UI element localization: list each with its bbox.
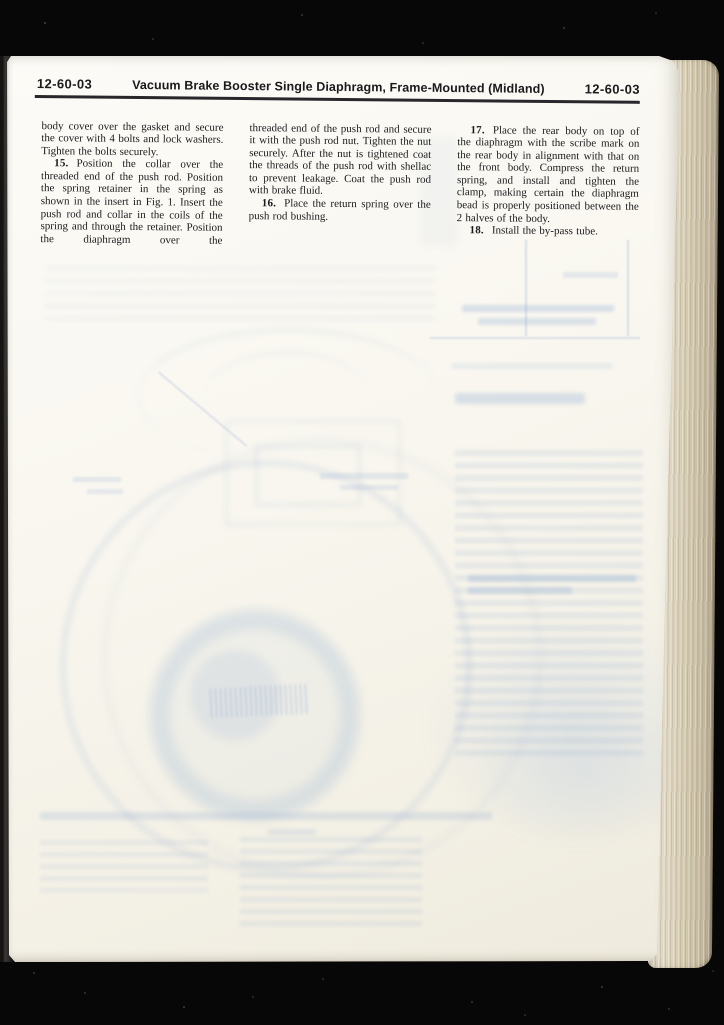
- printed-content: 12-60-03 Vacuum Brake Booster Single Dia…: [5, 56, 655, 252]
- ghost-callout-label: [73, 477, 121, 482]
- ghost-text-line: [452, 363, 612, 369]
- text-columns: body cover over the gasket and secure th…: [5, 97, 654, 251]
- section-code-left: 12-60-03: [37, 76, 92, 92]
- ghost-diagram-housing: [255, 445, 361, 506]
- ghost-leader-line: [158, 371, 247, 446]
- text-column-1: body cover over the gasket and secure th…: [40, 120, 223, 248]
- binding-gutter-shadow: [0, 56, 14, 962]
- page-header: 12-60-03 Vacuum Brake Booster Single Dia…: [7, 56, 655, 97]
- instruction-paragraph: body cover over the gasket and secure th…: [41, 120, 223, 160]
- ghost-callout-label: [340, 485, 398, 490]
- ghost-spring-coil: [209, 683, 310, 718]
- ghost-figure-caption: [40, 812, 492, 820]
- ghost-paragraph-block: [240, 837, 422, 929]
- paragraph-text: Place the rear body on top of the diaphr…: [457, 124, 640, 225]
- ghost-table-line: [430, 337, 640, 339]
- ghost-column-heading: [468, 587, 572, 594]
- scanner-bed: 12-60-03 Vacuum Brake Booster Single Dia…: [0, 0, 724, 1025]
- ghost-diagram-arc: [137, 328, 439, 462]
- paragraph-text: Place the return spring over the push ro…: [249, 197, 431, 222]
- ghost-diagram-hub-ring: [150, 610, 360, 820]
- text-column-3: 17.Place the rear body on top of the dia…: [456, 124, 639, 252]
- ghost-text-lines: [45, 266, 435, 321]
- instruction-paragraph: 17.Place the rear body on top of the dia…: [457, 124, 640, 226]
- ghost-column-text: [455, 450, 643, 760]
- paragraph-text: body cover over the gasket and secure th…: [41, 120, 223, 158]
- ghost-diagram-ring: [102, 438, 542, 878]
- ghost-diagram-housing: [225, 420, 401, 526]
- ghost-column-heading: [468, 575, 636, 582]
- instruction-paragraph: threaded end of the push rod and secure …: [249, 122, 432, 199]
- step-number: 16.: [262, 197, 276, 209]
- ghost-figure-caption: [268, 829, 316, 835]
- paragraph-text: Install the by-pass tube.: [492, 225, 598, 238]
- ghost-small-text: [563, 272, 618, 278]
- ghost-diagram-ring: [60, 460, 472, 872]
- step-number: 18.: [469, 224, 483, 236]
- step-number: 15.: [54, 158, 68, 170]
- ghost-caps-text: [462, 305, 614, 312]
- ghost-diagram-arc: [205, 351, 370, 439]
- ghost-diagram-hub: [190, 650, 280, 740]
- ghost-section-heading: [455, 393, 585, 404]
- page-title: Vacuum Brake Booster Single Diaphragm, F…: [92, 78, 585, 97]
- section-code-right: 12-60-03: [585, 81, 640, 97]
- paragraph-text: threaded end of the push rod and secure …: [249, 122, 432, 198]
- ghost-callout-label: [87, 489, 123, 494]
- instruction-paragraph: 18.Install the by-pass tube.: [456, 224, 638, 238]
- instruction-paragraph: 15.Position the collar over the threaded…: [40, 157, 223, 247]
- dust-speckles: [0, 0, 2, 2]
- manual-page: 12-60-03 Vacuum Brake Booster Single Dia…: [7, 56, 681, 962]
- instruction-paragraph: 16.Place the return spring over the push…: [249, 197, 431, 224]
- ghost-callout-label: [320, 473, 408, 479]
- ghost-caps-text: [478, 318, 596, 325]
- ghost-paragraph-block: [40, 840, 208, 892]
- paragraph-text: Position the collar over the threaded en…: [40, 158, 223, 247]
- step-number: 17.: [470, 124, 484, 136]
- ghost-table-line: [525, 240, 527, 336]
- text-column-2: threaded end of the push rod and secure …: [248, 122, 431, 250]
- ghost-table-line: [627, 240, 629, 336]
